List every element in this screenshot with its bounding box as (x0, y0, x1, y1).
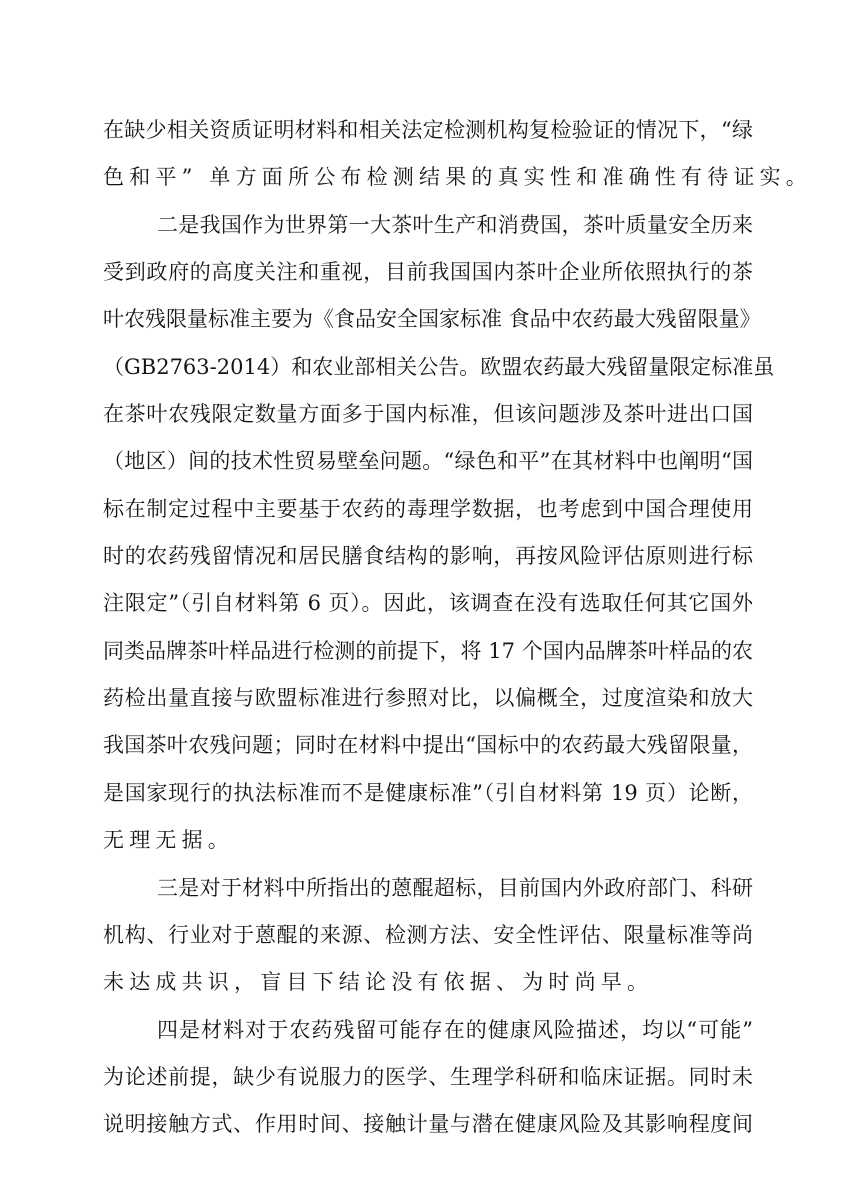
paragraph-point-three: 三是对于材料中所指出的蒽醌超标，目前国内外政府部门、科研 机构、行业对于蒽醌的来… (103, 870, 753, 1012)
text-line: （地区）间的技术性贸易壁垒问题。“绿色和平”在其材料中也阐明“国 (103, 443, 753, 490)
text-line: 是国家现行的执法标准而不是健康标准”（引自材料第 19 页）论断， (103, 775, 753, 822)
text-line: 未达成共识，盲目下结论没有依据、为时尚早。 (103, 964, 753, 1011)
text-line: 受到政府的高度关注和重视，目前我国国内茶叶企业所依照执行的茶 (103, 254, 753, 301)
text-line: 三是对于材料中所指出的蒽醌超标，目前国内外政府部门、科研 (103, 870, 753, 917)
text-line: 药检出量直接与欧盟标准进行参照对比，以偏概全，过度渲染和放大 (103, 680, 753, 727)
text-line: 在茶叶农残限定数量方面多于国内标准，但该问题涉及茶叶进出口国 (103, 396, 753, 443)
paragraph-point-two: 二是我国作为世界第一大茶叶生产和消费国，茶叶质量安全历来 受到政府的高度关注和重… (103, 207, 753, 870)
document-body: 在缺少相关资质证明材料和相关法定检测机构复检验证的情况下，“绿 色和平” 单方面… (103, 112, 753, 1154)
text-line: 无理无据。 (103, 822, 753, 869)
text-line: 在缺少相关资质证明材料和相关法定检测机构复检验证的情况下，“绿 (103, 112, 753, 159)
text-line: 注限定”（引自材料第 6 页）。因此，该调查在没有选取任何其它国外 (103, 585, 753, 632)
text-line: 色和平” 单方面所公布检测结果的真实性和准确性有待证实。 (103, 159, 753, 206)
text-line: 为论述前提，缺少有说服力的医学、生理学科研和临床证据。同时未 (103, 1059, 753, 1106)
text-line: 标在制定过程中主要基于农药的毒理学数据，也考虑到中国合理使用 (103, 491, 753, 538)
text-line: 时的农药残留情况和居民膳食结构的影响，再按风险评估原则进行标 (103, 538, 753, 585)
text-line: 同类品牌茶叶样品进行检测的前提下，将 17 个国内品牌茶叶样品的农 (103, 633, 753, 680)
document-page: 在缺少相关资质证明材料和相关法定检测机构复检验证的情况下，“绿 色和平” 单方面… (0, 0, 850, 1201)
paragraph-point-four: 四是材料对于农药残留可能存在的健康风险描述，均以“可能” 为论述前提，缺少有说服… (103, 1012, 753, 1154)
text-line: 叶农残限量标准主要为《食品安全国家标准 食品中农药最大残留限量》 (103, 301, 753, 348)
text-line: （GB2763-2014）和农业部相关公告。欧盟农药最大残留量限定标准虽 (103, 349, 753, 396)
text-line: 说明接触方式、作用时间、接触计量与潜在健康风险及其影响程度间 (103, 1106, 753, 1153)
text-line: 我国茶叶农残问题；同时在材料中提出“国标中的农药最大残留限量， (103, 727, 753, 774)
text-line: 机构、行业对于蒽醌的来源、检测方法、安全性评估、限量标准等尚 (103, 917, 753, 964)
text-line: 四是材料对于农药残留可能存在的健康风险描述，均以“可能” (103, 1012, 753, 1059)
text-line: 二是我国作为世界第一大茶叶生产和消费国，茶叶质量安全历来 (103, 207, 753, 254)
paragraph-continued: 在缺少相关资质证明材料和相关法定检测机构复检验证的情况下，“绿 色和平” 单方面… (103, 112, 753, 207)
